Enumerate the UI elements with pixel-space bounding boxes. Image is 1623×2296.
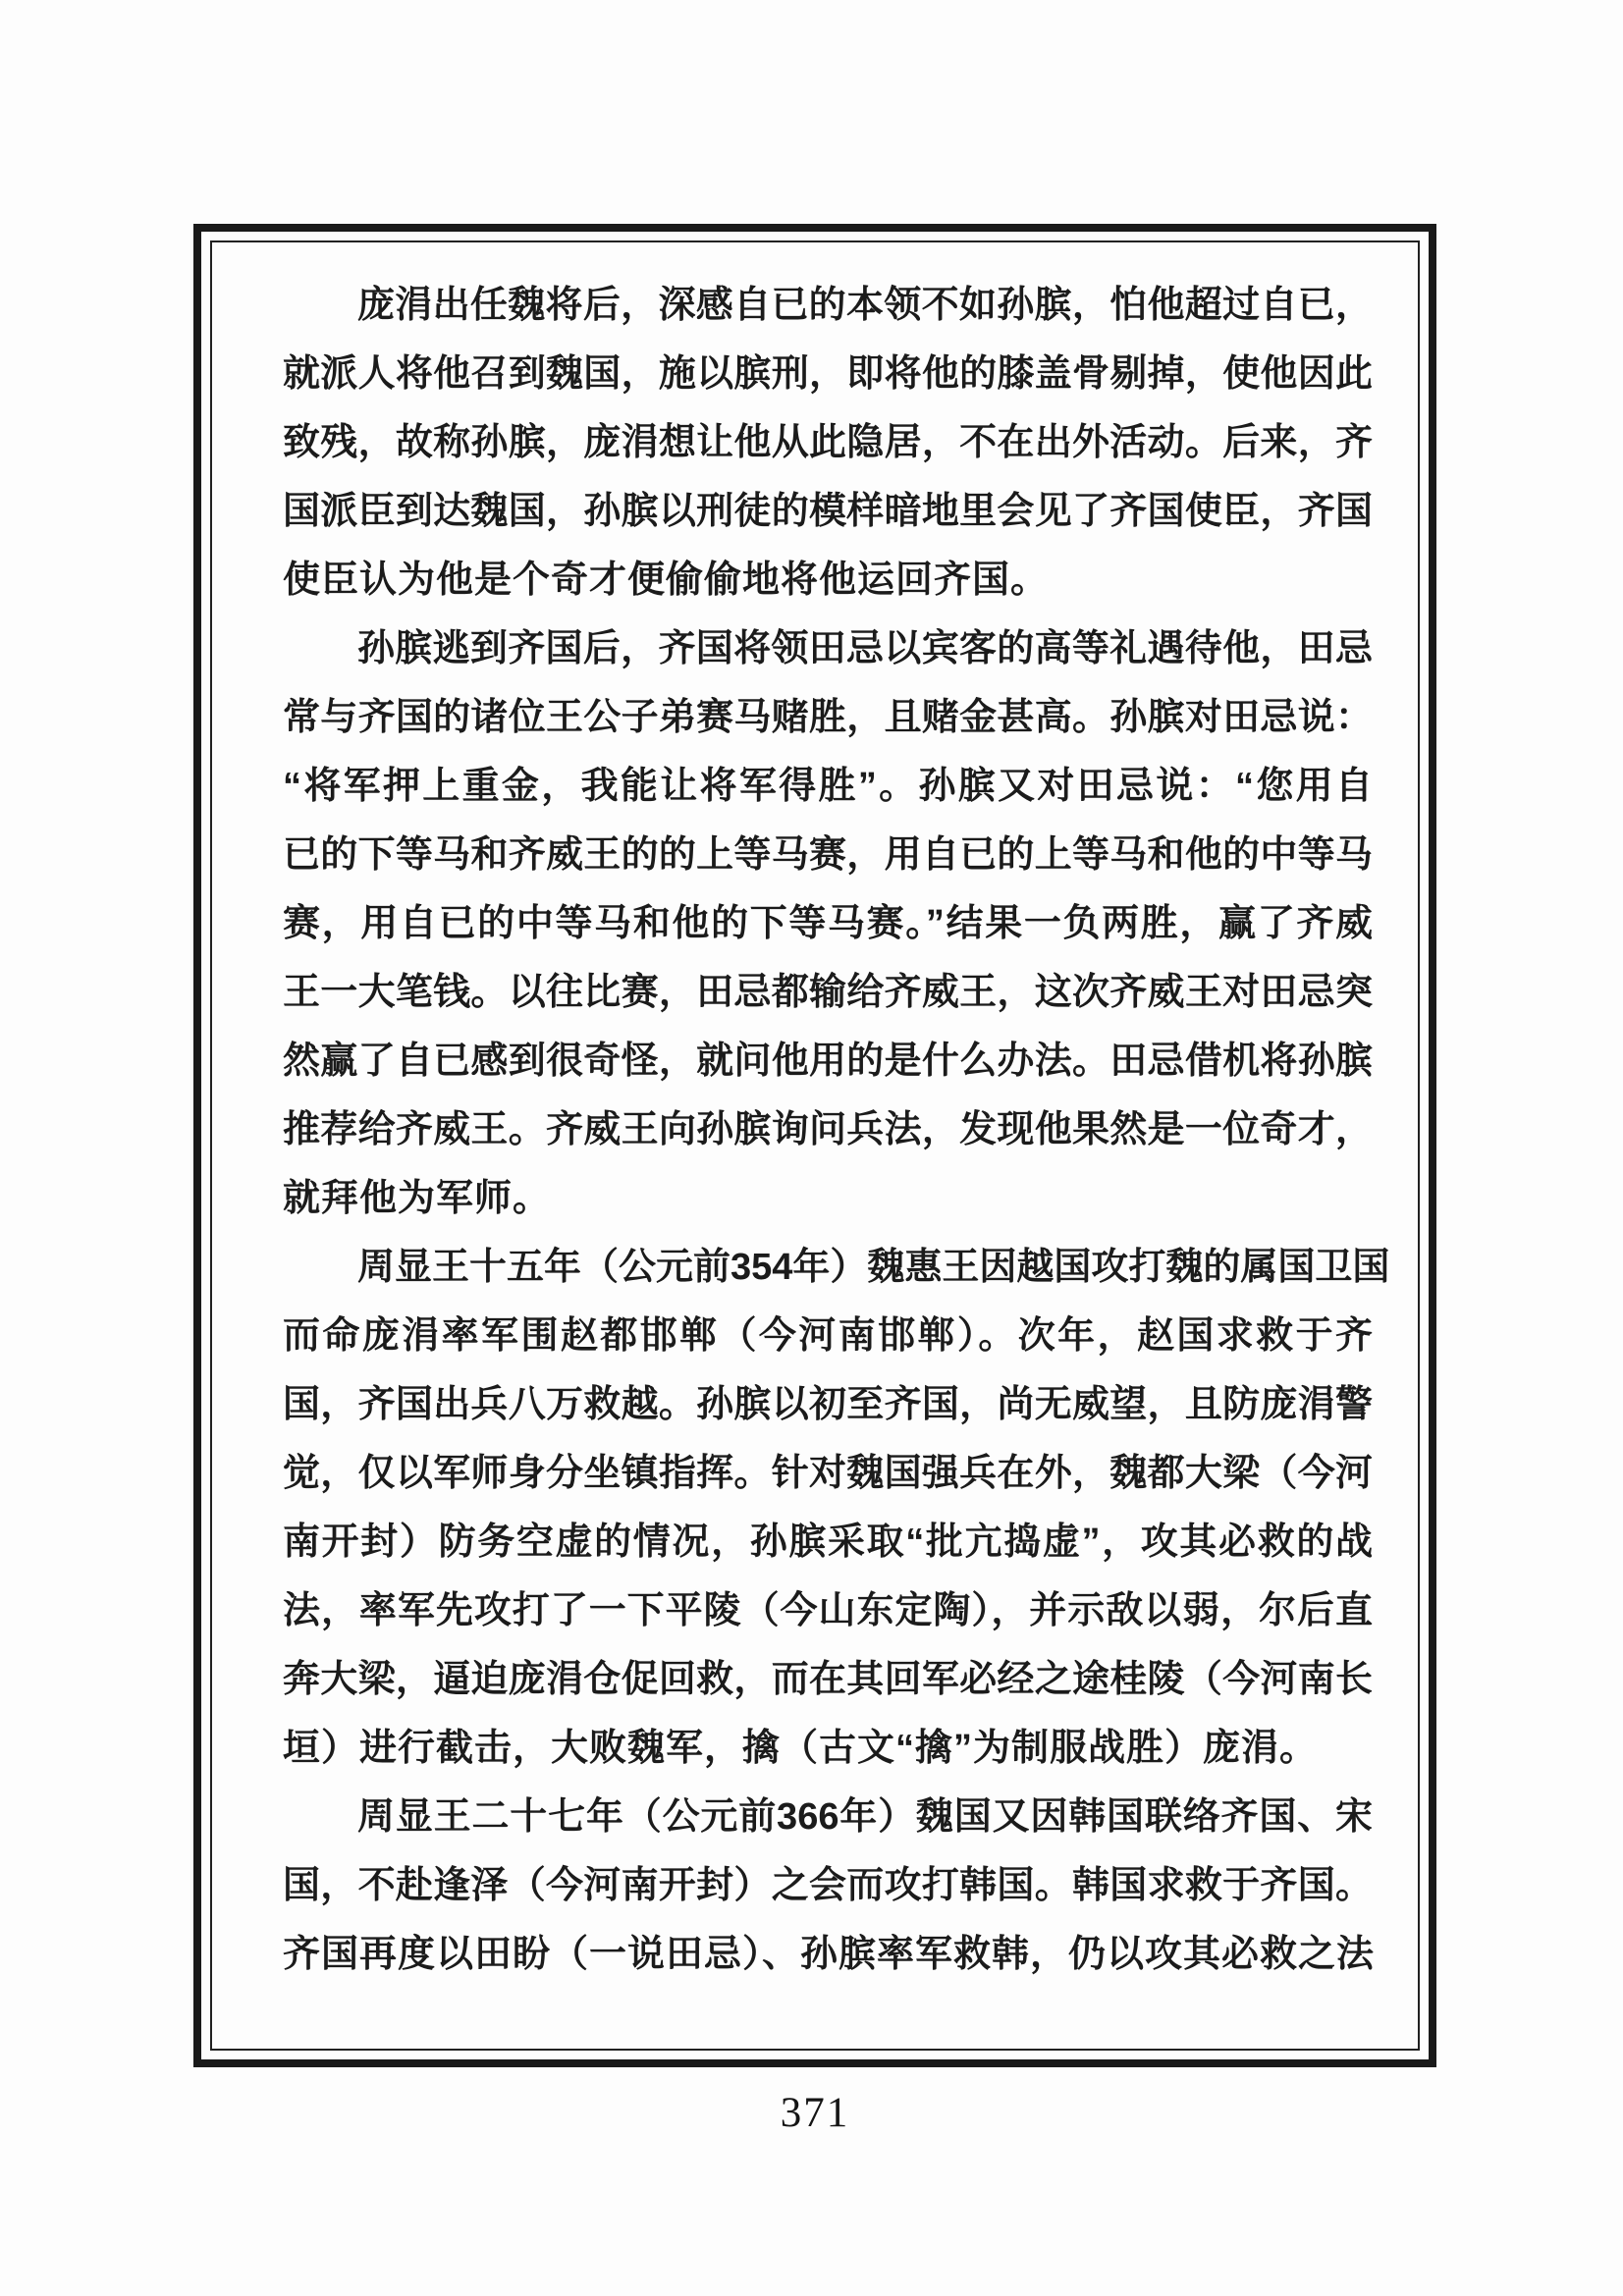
text-line: 国，齐国出兵八万救越。孙膑以初至齐国，尚无威望，且防庞涓警 <box>283 1370 1373 1439</box>
text-line: 已的下等马和齐威王的的上等马赛，用自已的上等马和他的中等马 <box>283 821 1373 889</box>
text-line: 周显王二十七年（公元前366年）魏国又因韩国联络齐国、宋 <box>283 1783 1373 1851</box>
text-line: 赛，用自已的中等马和他的下等马赛。”结果一负两胜，赢了齐威 <box>283 889 1373 958</box>
paragraph-3: 周显王十五年（公元前354年）魏惠王因越国攻打魏的属国卫国而命庞涓率军围赵都邯郸… <box>283 1233 1375 1783</box>
body-text-block: 庞涓出任魏将后，深感自已的本领不如孙膑，怕他超过自已，就派人将他召到魏国，施以膑… <box>212 242 1418 2049</box>
text-line: 法，率军先攻打了一下平陵（今山东定陶），并示敌以弱，尔后直 <box>283 1576 1373 1645</box>
text-line: 就拜他为军师。 <box>283 1164 1373 1233</box>
text-line: 齐国再度以田盼（一说田忌）、孙膑率军救韩，仍以攻其必救之法 <box>283 1920 1373 1989</box>
text-line: 庞涓出任魏将后，深感自已的本领不如孙膑，怕他超过自已， <box>283 271 1373 340</box>
text-line: 而命庞涓率军围赵都邯郸（今河南邯郸）。次年，赵国求救于齐 <box>283 1302 1373 1370</box>
text-line: 周显王十五年（公元前354年）魏惠王因越国攻打魏的属国卫国 <box>283 1233 1373 1302</box>
page-border-frame: 庞涓出任魏将后，深感自已的本领不如孙膑，怕他超过自已，就派人将他召到魏国，施以膑… <box>193 224 1436 2067</box>
text-line: 推荐给齐威王。齐威王向孙膑询问兵法，发现他果然是一位奇才， <box>283 1095 1373 1164</box>
text-line: 常与齐国的诸位王公子弟赛马赌胜，且赌金甚高。孙膑对田忌说： <box>283 683 1373 752</box>
scanned-book-page: 庞涓出任魏将后，深感自已的本领不如孙膑，怕他超过自已，就派人将他召到魏国，施以膑… <box>0 0 1623 2296</box>
text-line: 使臣认为他是个奇才便偷偷地将他运回齐国。 <box>283 546 1373 614</box>
paragraph-1: 庞涓出任魏将后，深感自已的本领不如孙膑，怕他超过自已，就派人将他召到魏国，施以膑… <box>283 271 1375 614</box>
text-line: 国派臣到达魏国，孙膑以刑徒的模样暗地里会见了齐国使臣，齐国 <box>283 477 1373 546</box>
text-line: 国，不赴逢泽（今河南开封）之会而攻打韩国。韩国求救于齐国。 <box>283 1851 1373 1920</box>
text-line: 南开封）防务空虚的情况，孙膑采取“批亢捣虚”，攻其必救的战 <box>283 1508 1373 1576</box>
text-line: 王一大笔钱。以往比赛，田忌都输给齐威王，这次齐威王对田忌突 <box>283 958 1373 1027</box>
text-line: 孙膑逃到齐国后，齐国将领田忌以宾客的高等礼遇待他，田忌 <box>283 614 1373 683</box>
text-line: 垣）进行截击，大败魏军，擒（古文“擒”为制服战胜）庞涓。 <box>283 1714 1373 1783</box>
inner-border-frame: 庞涓出任魏将后，深感自已的本领不如孙膑，怕他超过自已，就派人将他召到魏国，施以膑… <box>210 240 1420 2051</box>
paragraph-4: 周显王二十七年（公元前366年）魏国又因韩国联络齐国、宋国，不赴逢泽（今河南开封… <box>283 1783 1375 1989</box>
text-line: 觉，仅以军师身分坐镇指挥。针对魏国强兵在外，魏都大梁（今河 <box>283 1439 1373 1508</box>
page-number: 371 <box>193 2089 1436 2137</box>
text-line: 奔大梁，逼迫庞涓仓促回救，而在其回军必经之途桂陵（今河南长 <box>283 1645 1373 1714</box>
text-line: 致残，故称孙膑，庞涓想让他从此隐居，不在出外活动。后来，齐 <box>283 408 1373 477</box>
paragraph-2: 孙膑逃到齐国后，齐国将领田忌以宾客的高等礼遇待他，田忌常与齐国的诸位王公子弟赛马… <box>283 614 1375 1233</box>
text-line: 然赢了自已感到很奇怪，就问他用的是什么办法。田忌借机将孙膑 <box>283 1027 1373 1095</box>
text-line: “将军押上重金，我能让将军得胜”。孙膑又对田忌说：“您用自 <box>283 752 1373 821</box>
text-line: 就派人将他召到魏国，施以膑刑，即将他的膝盖骨剔掉，使他因此 <box>283 340 1373 408</box>
